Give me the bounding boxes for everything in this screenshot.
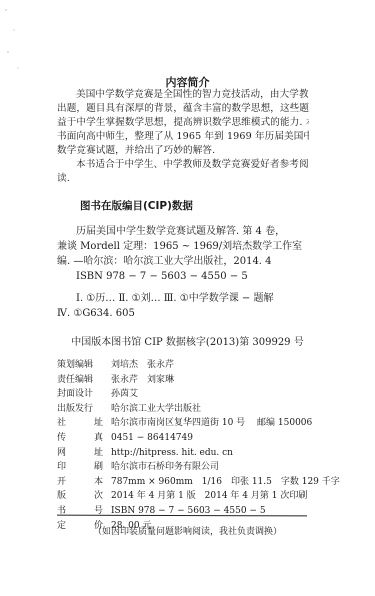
imprint-key: 社址 xyxy=(57,416,103,431)
cip-isbn-line: ISBN 978 − 7 − 5603 − 4550 − 5 xyxy=(57,269,317,284)
imprint-value: 张永芹 刘家琳 xyxy=(111,373,174,388)
imprint-row: 封面设计 孙茵艾 xyxy=(57,387,340,402)
imprint-key-char: 传 xyxy=(57,431,66,446)
cip-record-line: 编. —哈尔滨：哈尔滨工业大学出版社，2014. 4 xyxy=(57,254,317,269)
imprint-key-char: 本 xyxy=(94,475,103,490)
imprint-key: 开本 xyxy=(57,475,103,490)
copyright-page: 内容简介 美国中学数学竞赛是全国性的智力竞技活动，由大学教授 出题，题目具有深厚… xyxy=(0,0,375,596)
summary-line: 数学竞赛试题，并给出了巧妙的解答. xyxy=(57,144,309,158)
imprint-value: http://hitpress. hit. edu. cn xyxy=(111,446,233,461)
imprint-key-char: 刷 xyxy=(94,460,103,475)
imprint-key-char: 社 xyxy=(57,416,66,431)
imprint-row: 出版发行 哈尔滨工业大学出版社 xyxy=(57,402,340,417)
imprint-value: 0451 − 86414749 xyxy=(111,431,193,446)
imprint-key-char: 书 xyxy=(57,504,66,519)
cip-subjects: Ⅰ. ①历… Ⅱ. ①刘… Ⅲ. ①中学数学课 − 题解 Ⅳ. ①G634. 6… xyxy=(57,291,317,321)
imprint-value: 哈尔滨市石桥印务有限公司 xyxy=(111,460,219,475)
imprint-key: 网址 xyxy=(57,446,103,461)
imprint-key-char: 址 xyxy=(94,446,103,461)
imprint-key: 传真 xyxy=(57,431,103,446)
summary-line: 美国中学数学竞赛是全国性的智力竞技活动，由大学教授 xyxy=(57,88,309,102)
cip-record: 历届美国中学生数学竞赛试题及解答. 第 4 卷， 兼谈 Mordell 定理：1… xyxy=(57,224,317,284)
imprint-key-char: 址 xyxy=(94,416,103,431)
imprint-key: 印刷 xyxy=(57,460,103,475)
imprint-value: 哈尔滨市南岗区复华四道街 10 号 邮编 150006 xyxy=(111,416,312,431)
summary-line: 读. xyxy=(57,172,309,186)
summary-paragraph: 美国中学数学竞赛是全国性的智力竞技活动，由大学教授 出题，题目具有深厚的背景，蕴… xyxy=(57,88,309,186)
imprint-key-char: 号 xyxy=(94,504,103,519)
scan-speckle xyxy=(0,0,28,80)
imprint-key: 责任编辑 xyxy=(57,373,103,388)
footer-note: （如因印装质量问题影响阅读，我社负责调换） xyxy=(0,524,375,537)
cip-subject-line: Ⅳ. ①G634. 605 xyxy=(57,306,317,321)
imprint-key: 策划编辑 xyxy=(57,358,103,373)
imprint-key: 书号 xyxy=(57,504,103,519)
imprint-table: 策划编辑 刘培杰 张永芹 责任编辑 张永芹 刘家琳 封面设计 孙茵艾 出版发行 … xyxy=(57,358,340,533)
imprint-key: 封面设计 xyxy=(57,387,103,402)
imprint-row: 责任编辑 张永芹 刘家琳 xyxy=(57,373,340,388)
imprint-row: 网址 http://hitpress. hit. edu. cn xyxy=(57,446,340,461)
imprint-key-char: 版 xyxy=(57,489,66,504)
summary-line: 出题，题目具有深厚的背景，蕴含丰富的数学思想，这些题目有 xyxy=(57,102,309,116)
imprint-key-char: 真 xyxy=(94,431,103,446)
summary-line: 书面向高中师生，整理了从 1965 年到 1969 年历届美国中学生 xyxy=(57,130,309,144)
imprint-value: 787mm × 960mm 1/16 印张 11.5 字数 129 千字 xyxy=(111,475,340,490)
imprint-value: 2014 年 4 月第 1 版 2014 年 4 月第 1 次印刷 xyxy=(111,489,307,504)
imprint-key-char: 印 xyxy=(57,460,66,475)
cip-subject-line: Ⅰ. ①历… Ⅱ. ①刘… Ⅲ. ①中学数学课 − 题解 xyxy=(57,291,317,306)
summary-line: 益于中学生掌握数学思想，提高辨识数学思维模式的能力. 本 xyxy=(57,116,309,130)
imprint-value: 哈尔滨工业大学出版社 xyxy=(111,402,201,417)
imprint-key-char: 网 xyxy=(57,446,66,461)
cip-record-line: 历届美国中学生数学竞赛试题及解答. 第 4 卷， xyxy=(57,224,317,239)
imprint-row: 版次 2014 年 4 月第 1 版 2014 年 4 月第 1 次印刷 xyxy=(57,489,340,504)
imprint-key-char: 次 xyxy=(94,489,103,504)
imprint-value: 刘培杰 张永芹 xyxy=(111,358,174,373)
imprint-row: 传真 0451 − 86414749 xyxy=(57,431,340,446)
imprint-row: 策划编辑 刘培杰 张永芹 xyxy=(57,358,340,373)
cip-record-line: 兼谈 Mordell 定理：1965 ~ 1969/刘培杰数学工作室 xyxy=(57,239,317,254)
summary-line: 本书适合于中学生、中学教师及数学竞赛爱好者参考阅 xyxy=(57,158,309,172)
imprint-row: 书号 ISBN 978 − 7 − 5603 − 4550 − 5 xyxy=(57,504,340,519)
imprint-row: 印刷 哈尔滨市石桥印务有限公司 xyxy=(57,460,340,475)
imprint-key: 版次 xyxy=(57,489,103,504)
cip-title: 图书在版编目(CIP)数据 xyxy=(80,198,193,213)
imprint-key-char: 开 xyxy=(57,475,66,490)
imprint-value: 孙茵艾 xyxy=(111,387,138,402)
imprint-key: 出版发行 xyxy=(57,402,103,417)
imprint-row: 开本 787mm × 960mm 1/16 印张 11.5 字数 129 千字 xyxy=(57,475,340,490)
imprint-row: 社址 哈尔滨市南岗区复华四道街 10 号 邮编 150006 xyxy=(57,416,340,431)
imprint-value: ISBN 978 − 7 − 5603 − 4550 − 5 xyxy=(111,504,266,519)
cip-core-number: 中国版本图书馆 CIP 数据核字(2013)第 309929 号 xyxy=(0,333,375,348)
